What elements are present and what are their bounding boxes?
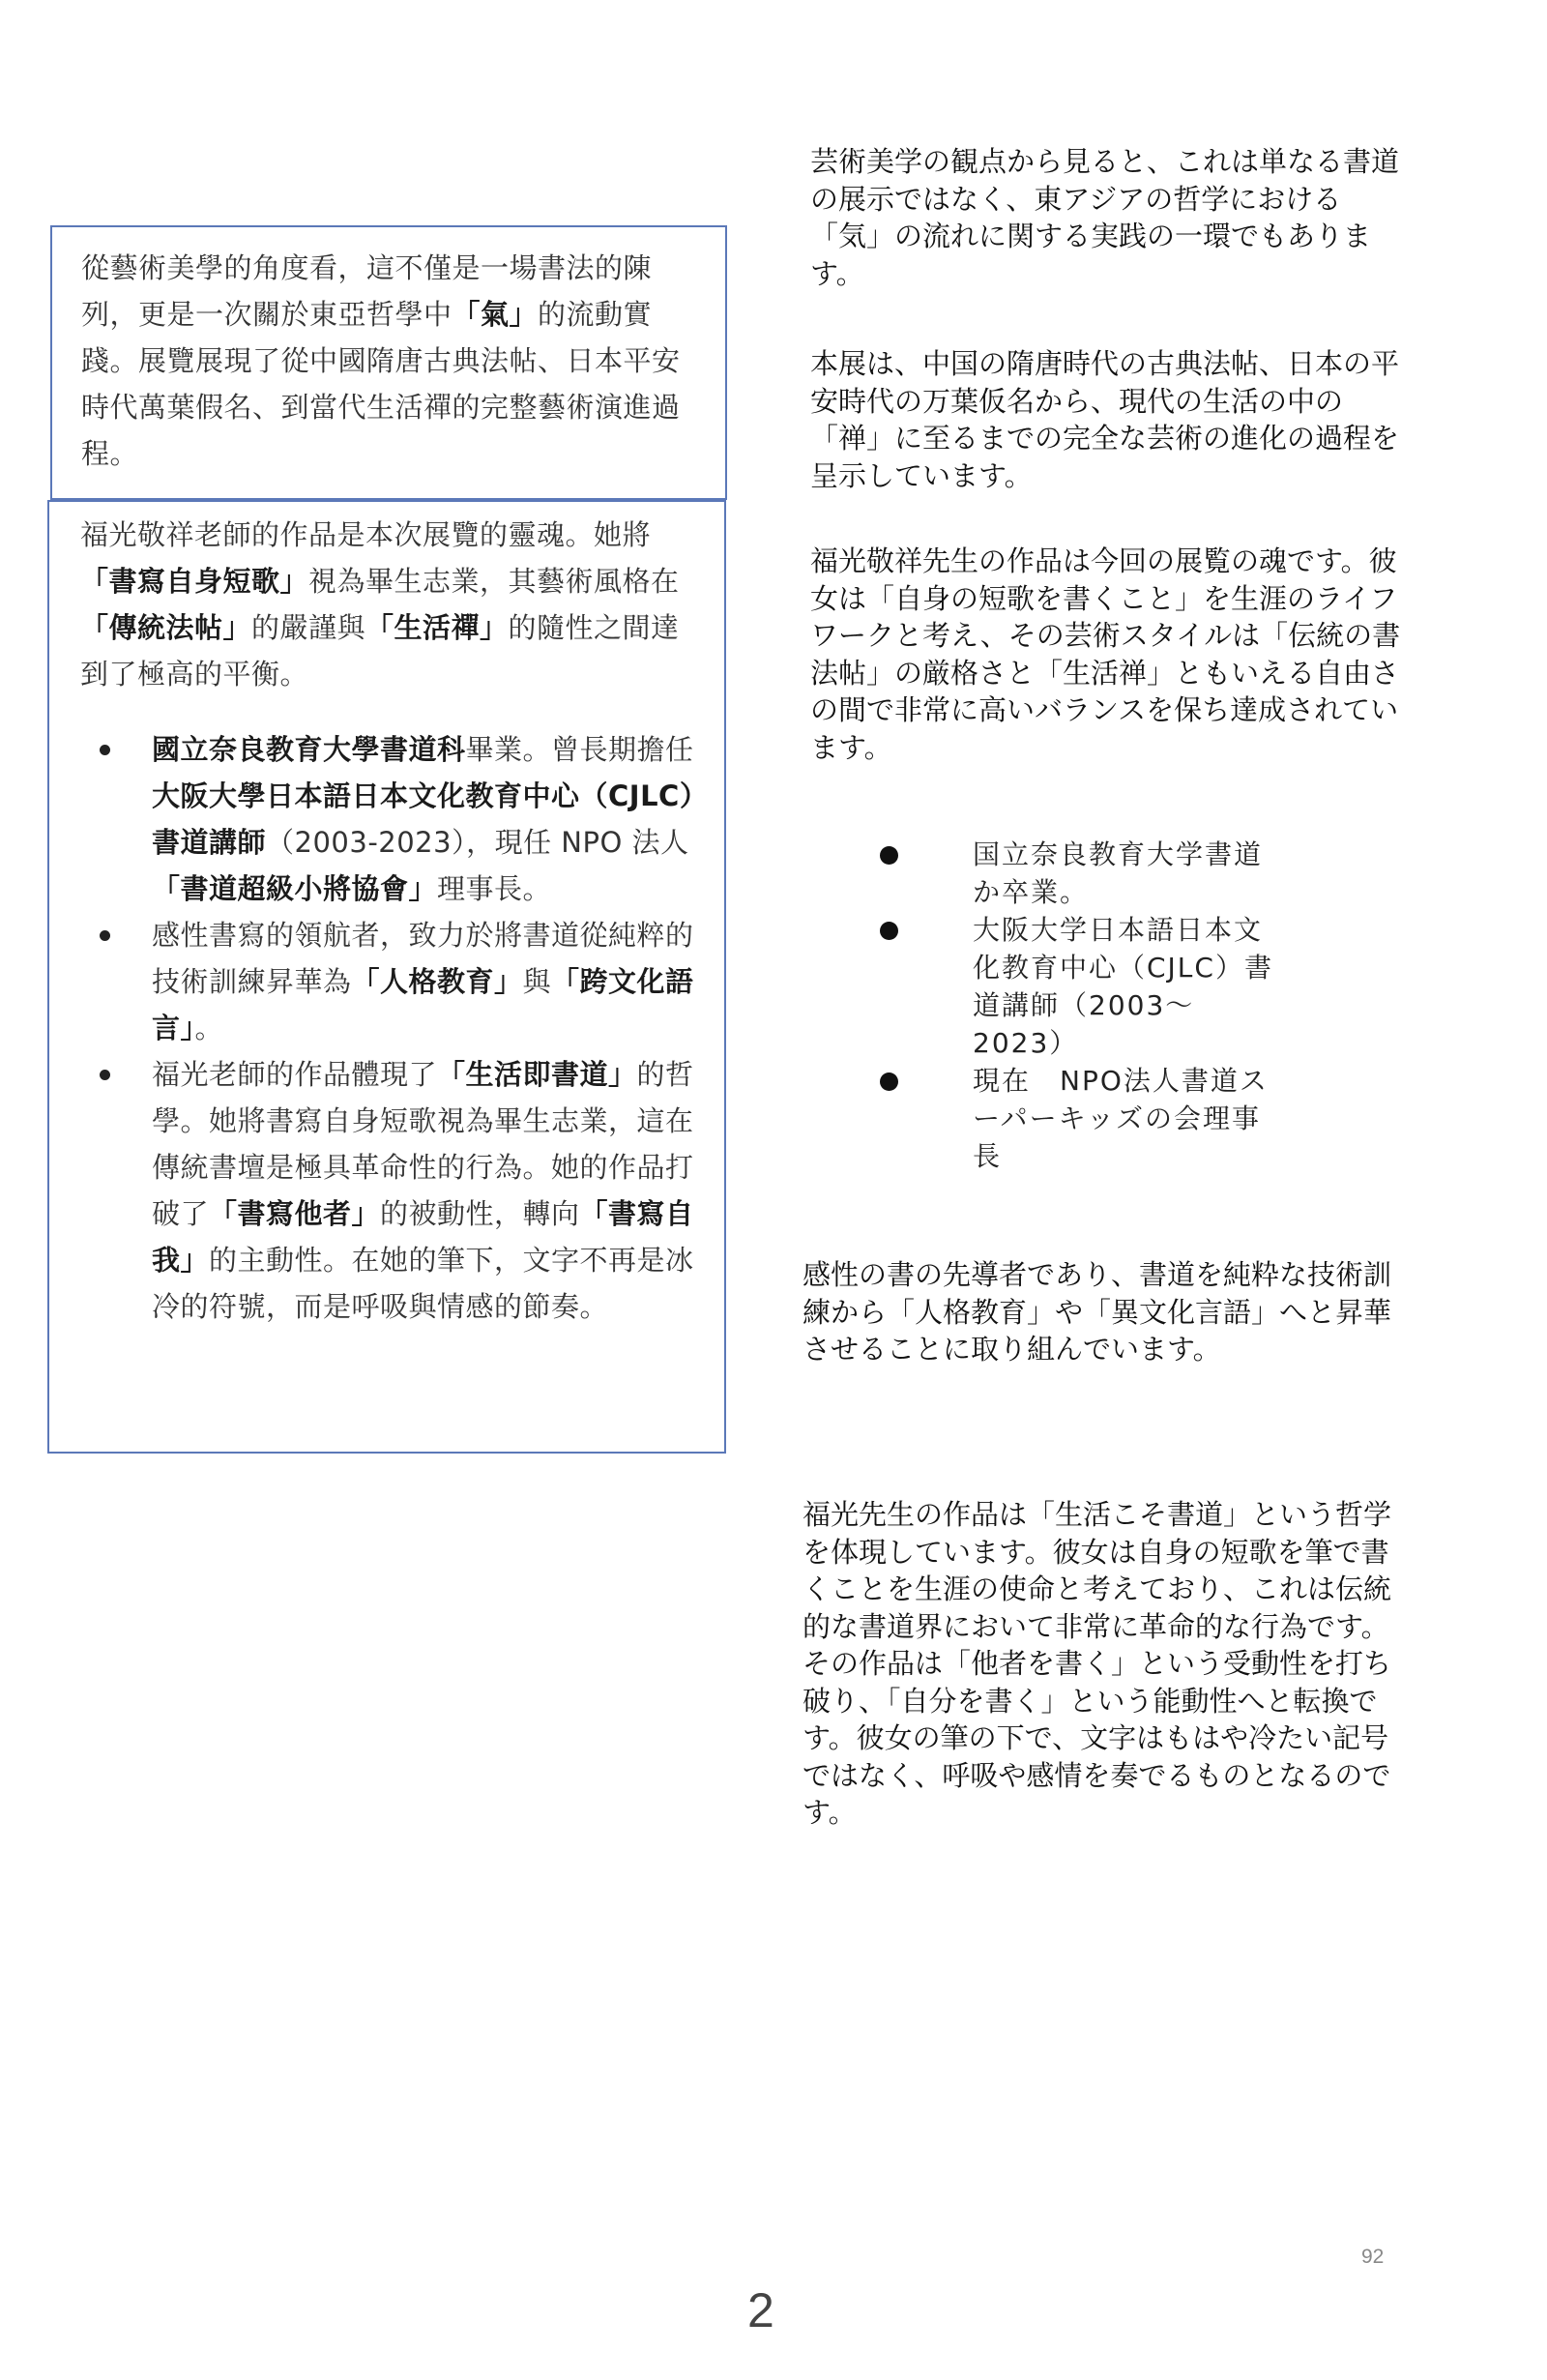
text-run: 理事長。 (437, 872, 551, 905)
chinese-artist-box: 福光敬祥老師的作品是本次展覽的靈魂。她將「書寫自身短歌」視為畢生志業，其藝術風格… (47, 500, 726, 1454)
list-item: 現在 NPO法人書道スーパーキッズの会理事長 (880, 1062, 1286, 1175)
page-number-large: 2 (747, 2282, 774, 2338)
text-run-bold: 「傳統法帖」 (80, 611, 251, 644)
japanese-bullet-list: 国立奈良教育大学書道か卒業。 大阪大学日本語日本文化教育中心（CJLC）書道講師… (880, 836, 1286, 1175)
text-run: 視為畢生志業，其藝術風格在 (308, 565, 680, 598)
paragraph-text: 福光先生の作品は「生活こそ書道」という哲学を体現しています。彼女は自身の短歌を筆… (803, 1496, 1402, 1645)
text-run-bold: 「生活即書道」 (437, 1058, 637, 1091)
bullet-icon (100, 1070, 110, 1080)
japanese-paragraph-pioneer: 感性の書の先導者であり、書道を純粋な技術訓練から「人格教育」や「異文化言語」へと… (803, 1256, 1402, 1368)
text-run: 。 (195, 1012, 224, 1044)
paragraph-text: その作品は「他者を書く」という受動性を打ち破り、「自分を書く」という能動性へと転… (803, 1645, 1402, 1832)
text-run: 福光敬祥老師的作品是本次展覽的靈魂。她將 (80, 518, 651, 551)
bullet-icon (880, 846, 898, 865)
page-number-small: 92 (1361, 2246, 1384, 2269)
text-run: 的主動性。在她的筆下，文字不再是冰冷的符號，而是呼吸與情感的節奏。 (152, 1244, 694, 1323)
text-run: 畢業。曾長期擔任 (466, 733, 694, 766)
bullet-icon (880, 1072, 898, 1091)
bullet-icon (880, 922, 898, 940)
chinese-intro-paragraph: 從藝術美學的角度看，這不僅是一場書法的陳列，更是一次關於東亞哲學中「氣」的流動實… (81, 245, 696, 477)
text-run-bold: 國立奈良教育大學書道科 (152, 733, 466, 766)
text-run-bold: 「書道超級小將協會」 (152, 872, 437, 905)
chinese-intro-box: 從藝術美學的角度看，這不僅是一場書法的陳列，更是一次關於東亞哲學中「氣」的流動實… (50, 225, 727, 500)
japanese-paragraph-aesthetics: 芸術美学の観点から見ると、これは単なる書道の展示ではなく、東アジアの哲学における… (810, 143, 1410, 292)
text-run-bold: 「氣」 (452, 298, 539, 331)
list-item-text: 現在 NPO法人書道スーパーキッズの会理事長 (973, 1065, 1269, 1172)
paragraph-text: 福光敬祥先生の作品は今回の展覧の魂です。彼女は「自身の短歌を書くこと」を生涯のラ… (810, 543, 1410, 766)
list-item: 感性書寫的領航者，致力於將書道從純粹的技術訓練昇華為「人格教育」與「跨文化語言」… (80, 912, 695, 1051)
chinese-bullet-list: 國立奈良教育大學書道科畢業。曾長期擔任大阪大學日本語日本文化教育中心（CJLC）… (80, 726, 695, 1330)
bullet-icon (100, 930, 110, 941)
list-item: 國立奈良教育大學書道科畢業。曾長期擔任大阪大學日本語日本文化教育中心（CJLC）… (80, 726, 695, 912)
japanese-paragraph-exhibition: 本展は、中国の隋唐時代の古典法帖、日本の平安時代の万葉仮名から、現代の生活の中の… (810, 345, 1410, 494)
text-run-bold: 「書寫他者」 (209, 1197, 380, 1230)
list-item-text: 大阪大学日本語日本文化教育中心（CJLC）書道講師（2003～2023） (973, 914, 1273, 1059)
paragraph-text: 本展は、中国の隋唐時代の古典法帖、日本の平安時代の万葉仮名から、現代の生活の中の… (810, 345, 1410, 494)
bullet-icon (100, 745, 110, 755)
list-item: 福光老師的作品體現了「生活即書道」的哲學。她將書寫自身短歌視為畢生志業，這在傳統… (80, 1051, 695, 1330)
list-item: 国立奈良教育大学書道か卒業。 (880, 836, 1286, 911)
text-run: 的被動性，轉向 (380, 1197, 580, 1230)
text-run-bold: 「人格教育」 (352, 965, 523, 998)
paragraph-text: 感性の書の先導者であり、書道を純粋な技術訓練から「人格教育」や「異文化言語」へと… (803, 1256, 1402, 1368)
list-item: 大阪大学日本語日本文化教育中心（CJLC）書道講師（2003～2023） (880, 911, 1286, 1062)
text-run: 的嚴謹與 (251, 611, 365, 644)
japanese-paragraph-philosophy: 福光先生の作品は「生活こそ書道」という哲学を体現しています。彼女は自身の短歌を筆… (803, 1496, 1402, 1832)
chinese-artist-intro: 福光敬祥老師的作品是本次展覽的靈魂。她將「書寫自身短歌」視為畢生志業，其藝術風格… (80, 512, 695, 697)
japanese-paragraph-artist: 福光敬祥先生の作品は今回の展覧の魂です。彼女は「自身の短歌を書くこと」を生涯のラ… (810, 543, 1410, 766)
text-run-bold: 「生活禪」 (365, 611, 509, 644)
text-run: （2003-2023），現任 NPO 法人 (266, 826, 689, 859)
text-run-bold: 「書寫自身短歌」 (80, 565, 308, 598)
paragraph-text: 芸術美学の観点から見ると、これは単なる書道の展示ではなく、東アジアの哲学における… (810, 143, 1410, 292)
list-item-text: 国立奈良教育大学書道か卒業。 (973, 838, 1263, 908)
text-run: 福光老師的作品體現了 (152, 1058, 437, 1091)
text-run: 與 (523, 965, 552, 998)
